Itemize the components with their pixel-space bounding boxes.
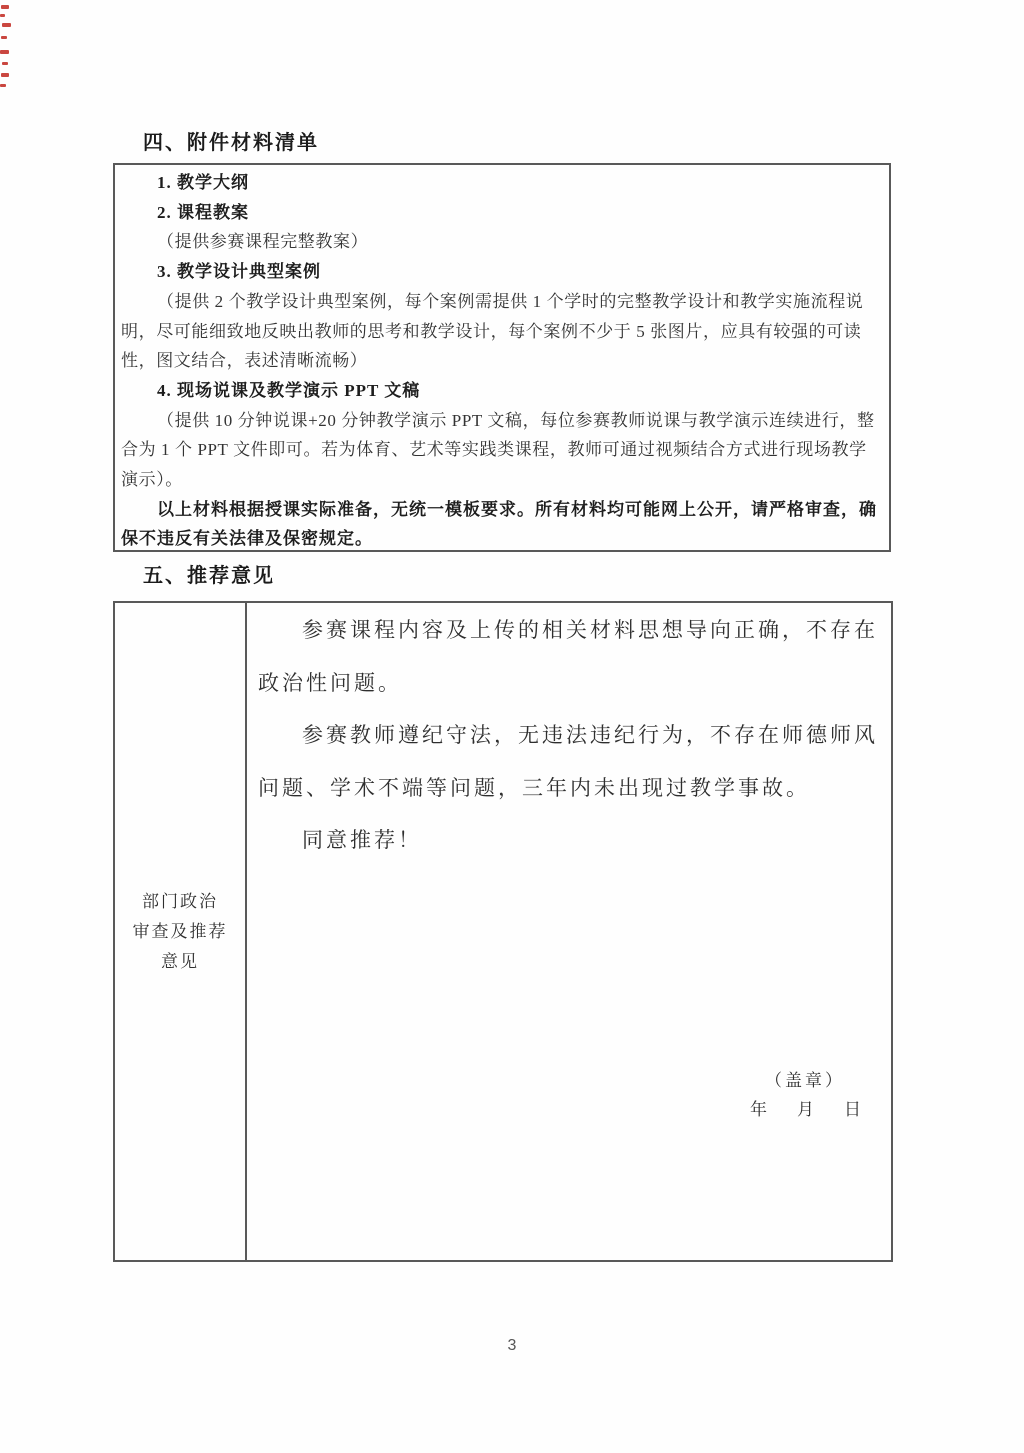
red-ink-mark	[0, 50, 9, 54]
section4-title: 四、附件材料清单	[143, 131, 319, 155]
attachment-item: 4. 现场说课及教学演示 PPT 文稿	[121, 376, 885, 406]
opinion-line: 参赛课程内容及上传的相关材料思想导向正确，不存在	[258, 604, 883, 657]
red-ink-mark	[0, 84, 6, 87]
red-ink-mark	[1, 36, 7, 39]
red-ink-mark	[0, 14, 5, 17]
attachment-item: 3. 教学设计典型案例	[121, 257, 885, 287]
section5-title: 五、推荐意见	[143, 564, 275, 588]
attachment-item: 1. 教学大纲	[121, 168, 885, 198]
attachment-notice: 以上材料根据授课实际准备，无统一模板要求。所有材料均可能网上公开，请严格审查，确	[121, 495, 885, 525]
attachment-notice: 保不违反有关法律及保密规定。	[121, 524, 885, 554]
row-label-line: 意见	[161, 947, 199, 977]
seal-placeholder: （盖章）	[765, 1066, 845, 1091]
attachment-item-note: 性，图文结合，表述清晰流畅）	[121, 346, 885, 376]
attachment-item-note: 合为 1 个 PPT 文件即可。若为体育、艺术等实践类课程，教师可通过视频结合方…	[121, 435, 885, 465]
attachment-materials-box: 1. 教学大纲 2. 课程教案 （提供参赛课程完整教案） 3. 教学设计典型案例…	[113, 163, 891, 552]
opinion-line: 政治性问题。	[258, 657, 883, 710]
recommendation-table: 部门政治 审查及推荐 意见 参赛课程内容及上传的相关材料思想导向正确，不存在 政…	[113, 601, 893, 1262]
row-label-line: 部门政治	[142, 887, 218, 917]
attachment-materials-list: 1. 教学大纲 2. 课程教案 （提供参赛课程完整教案） 3. 教学设计典型案例…	[121, 168, 885, 554]
opinion-line: 参赛教师遵纪守法，无违法违纪行为，不存在师德师风	[258, 709, 883, 762]
attachment-item-note: （提供 10 分钟说课+20 分钟教学演示 PPT 文稿，每位参赛教师说课与教学…	[121, 406, 885, 436]
attachment-item: 2. 课程教案	[121, 198, 885, 228]
attachment-item-note: 明，尽可能细致地反映出教师的思考和教学设计，每个案例不少于 5 张图片，应具有较…	[121, 317, 885, 347]
row-label-cell: 部门政治 审查及推荐 意见	[115, 603, 247, 1260]
date-placeholder: 年月日	[750, 1095, 861, 1120]
year-label: 年	[750, 1095, 767, 1120]
document-page: 四、附件材料清单 1. 教学大纲 2. 课程教案 （提供参赛课程完整教案） 3.…	[0, 0, 1024, 1453]
row-label-line: 审查及推荐	[133, 917, 228, 947]
month-label: 月	[797, 1095, 814, 1120]
opinion-line: 同意推荐！	[258, 814, 883, 867]
opinion-text: 参赛课程内容及上传的相关材料思想导向正确，不存在 政治性问题。 参赛教师遵纪守法…	[258, 604, 883, 867]
opinion-line: 问题、学术不端等问题，三年内未出现过教学事故。	[258, 762, 883, 815]
page-number: 3	[0, 1337, 1024, 1355]
red-ink-mark	[2, 23, 11, 27]
attachment-item-note: 演示）。	[121, 465, 885, 495]
red-ink-mark	[2, 62, 8, 65]
day-label: 日	[844, 1095, 861, 1120]
attachment-item-note: （提供 2 个教学设计典型案例，每个案例需提供 1 个学时的完整教学设计和教学实…	[121, 287, 885, 317]
attachment-item-note: （提供参赛课程完整教案）	[121, 227, 885, 257]
red-ink-mark	[1, 5, 9, 9]
red-ink-mark	[1, 73, 9, 77]
